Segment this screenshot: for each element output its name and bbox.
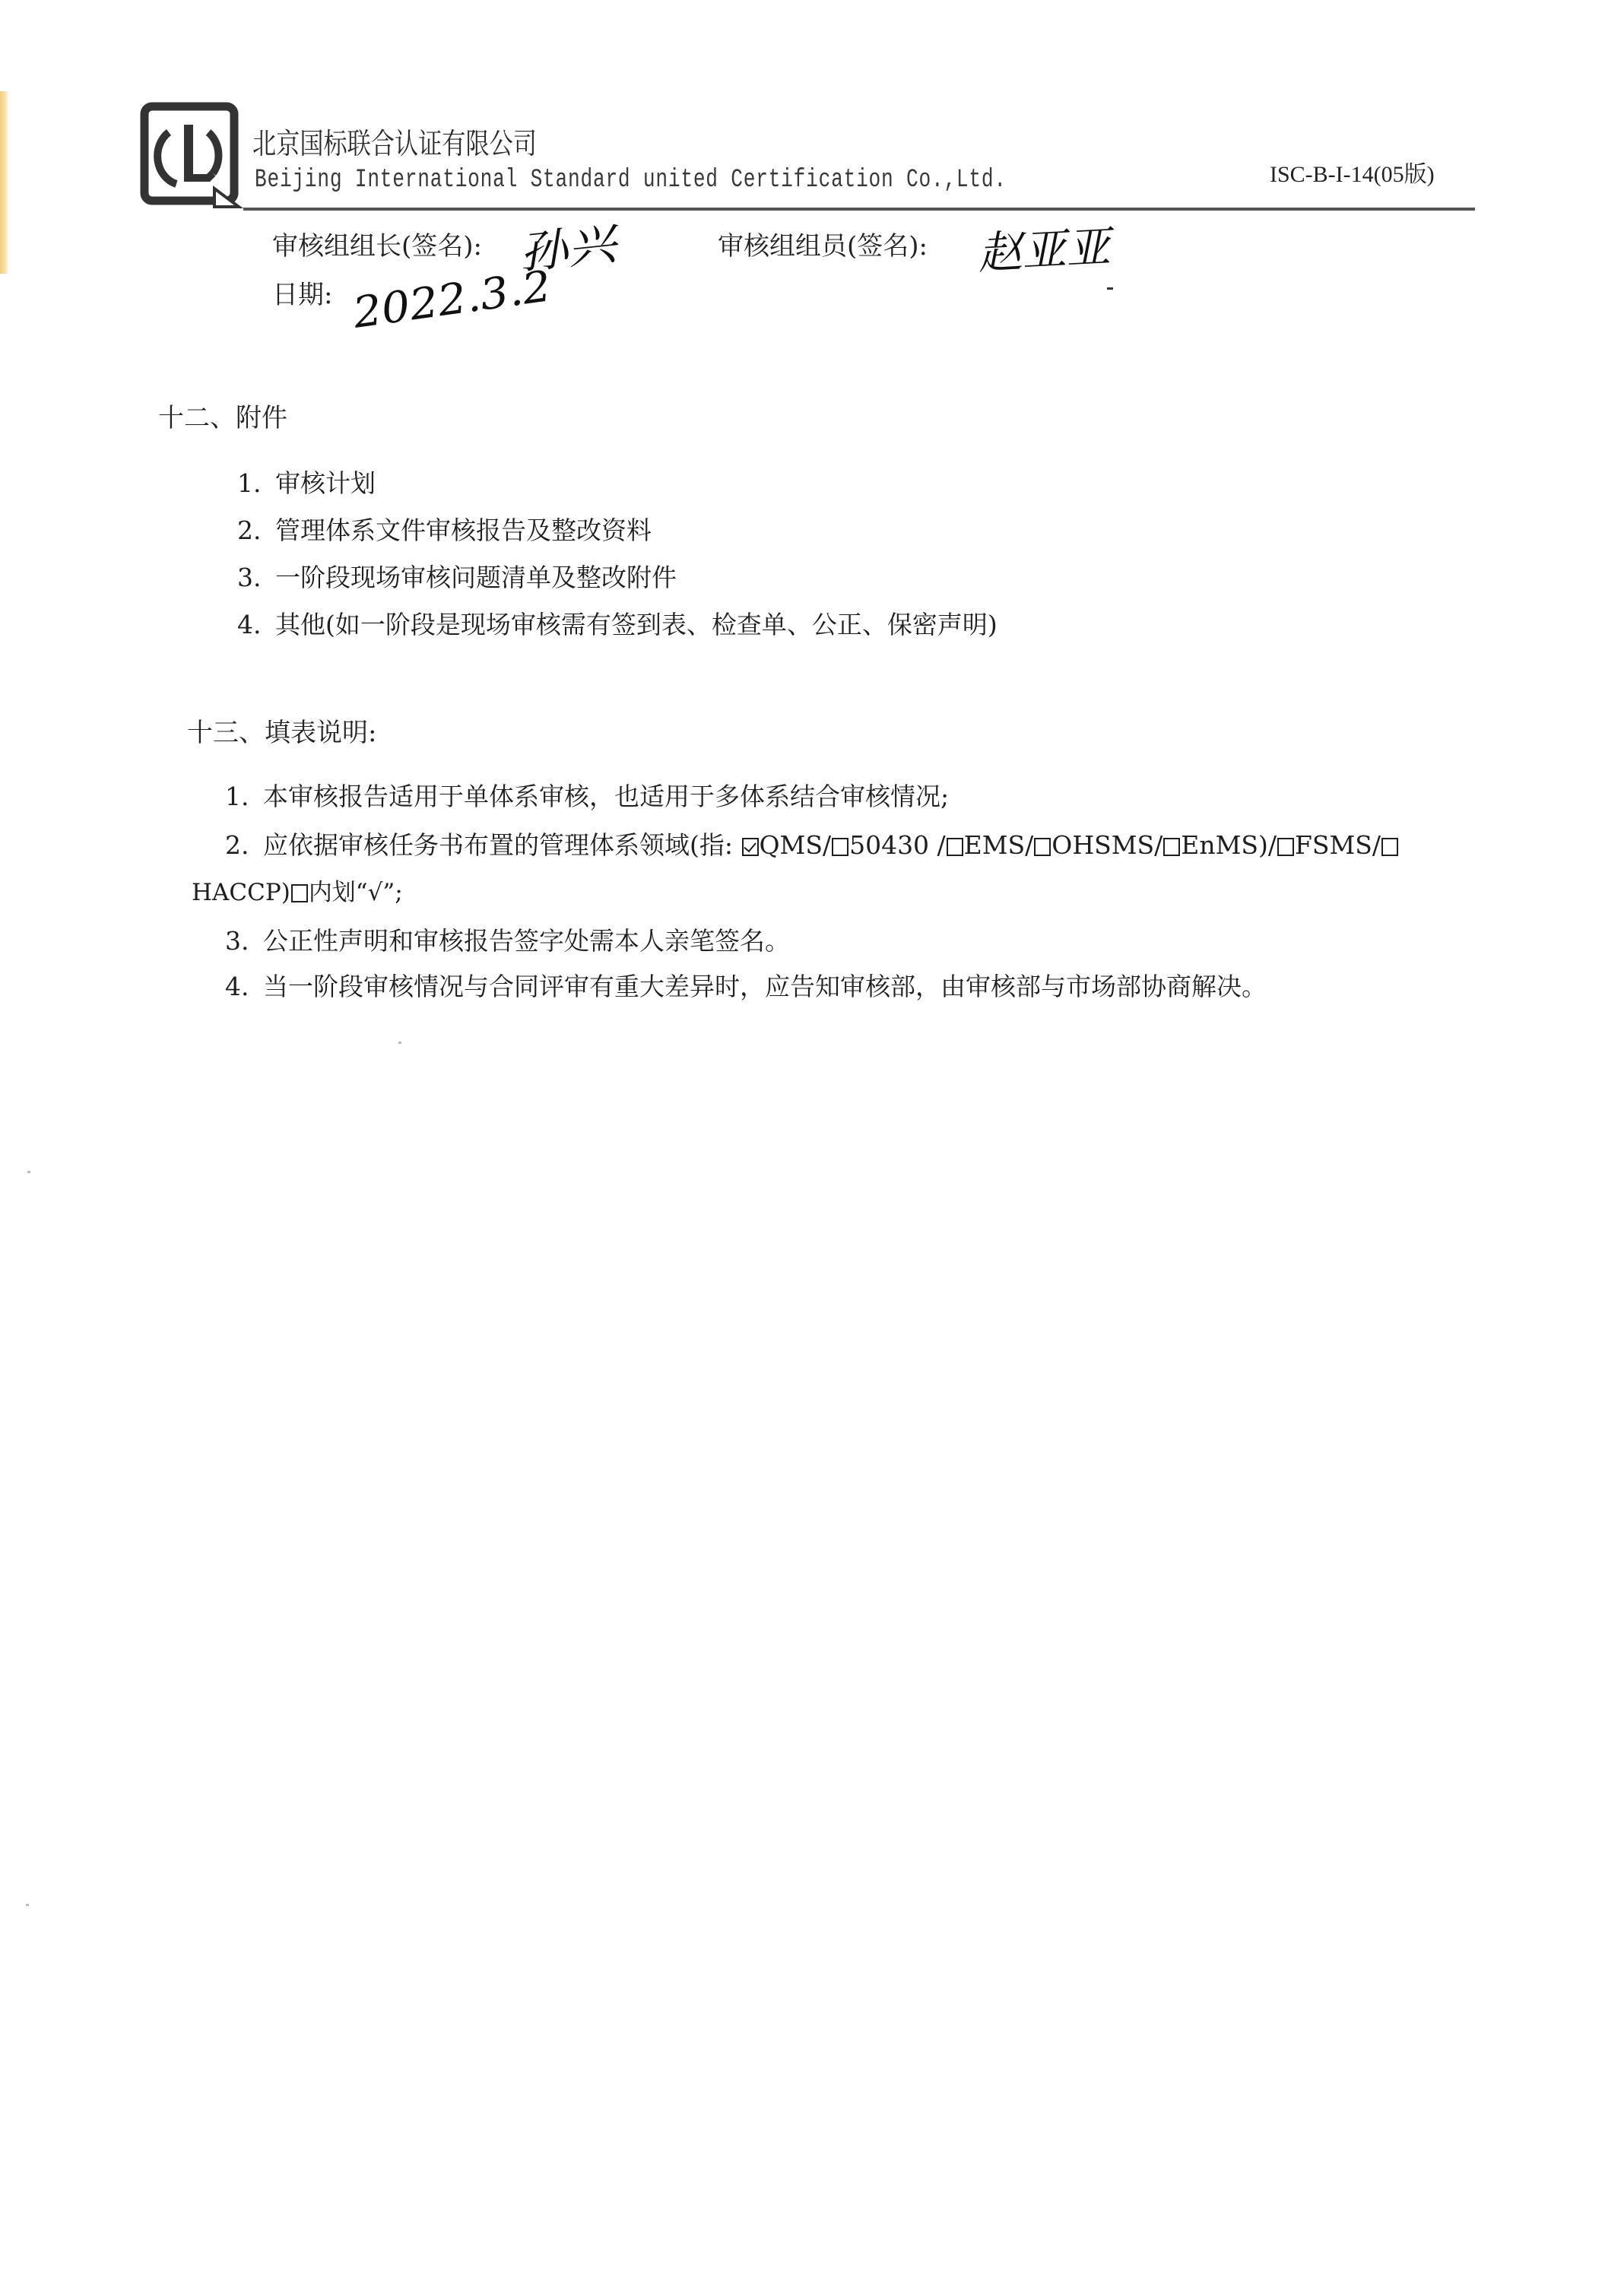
item-text: 本审核报告适用于单体系审核，也适用于多体系结合审核情况; xyxy=(263,782,949,811)
item-number: 3. xyxy=(225,926,263,956)
checkbox-ohsms[interactable] xyxy=(1034,838,1051,856)
item-number: 1. xyxy=(237,468,275,498)
document-code: ISC-B-I-14(05版) xyxy=(1270,155,1435,189)
checkbox-enms[interactable] xyxy=(1163,838,1180,856)
document-header: 北京国标联合认证有限公司 Beijing International Stand… xyxy=(137,97,1483,211)
item-number: 3. xyxy=(237,563,275,592)
item-number: 1. xyxy=(225,782,263,811)
company-name-cn: 北京国标联合认证有限公司 xyxy=(252,120,537,162)
checkbox-example xyxy=(291,884,308,902)
checkbox-ems[interactable] xyxy=(947,838,963,856)
option-label-fsms: FSMS/ xyxy=(1295,830,1381,860)
item-text: 公正性声明和审核报告签字处需本人亲笔签名。 xyxy=(263,926,790,956)
checkbox-qms[interactable] xyxy=(742,838,759,856)
ink-mark xyxy=(1107,287,1113,290)
checkbox-haccp[interactable] xyxy=(1381,838,1398,856)
item-number: 2. xyxy=(237,515,275,545)
item-text: 审核计划 xyxy=(275,468,376,498)
date-value: 2022.3.2 xyxy=(350,262,554,338)
option-label-qms: QMS/ xyxy=(760,830,832,860)
attachment-item: 4.其他(如一阶段是现场审核需有签到表、检查单、公正、保密声明) xyxy=(237,605,998,641)
header-divider xyxy=(243,208,1475,211)
instruction-item-continuation: HACCP)内划“√”; xyxy=(192,873,403,907)
instruction-item: 1.本审核报告适用于单体系审核，也适用于多体系结合审核情况; xyxy=(225,777,949,813)
attachment-item: 3.一阶段现场审核问题清单及整改附件 xyxy=(237,558,677,594)
item-text: 管理体系文件审核报告及整改资料 xyxy=(275,515,652,545)
option-label-50430: 50430 / xyxy=(849,830,946,860)
attachment-item: 2.管理体系文件审核报告及整改资料 xyxy=(237,511,652,547)
scan-speck xyxy=(26,1904,29,1906)
company-name-en: Beijing International Standard united Ce… xyxy=(255,166,1007,195)
instruction-item: 2.应依据审核任务书布置的管理体系领域(指: QMS/50430 /EMS/OH… xyxy=(225,826,1399,861)
item-text: 其他(如一阶段是现场审核需有签到表、检查单、公正、保密声明) xyxy=(275,610,998,639)
option-label-ohsms: OHSMS/ xyxy=(1051,830,1162,860)
item-text: 应依据审核任务书布置的管理体系领域(指: xyxy=(263,830,733,860)
item-text: 内划“√”; xyxy=(309,879,403,906)
scan-speck xyxy=(27,1171,30,1173)
scan-speck xyxy=(398,1042,401,1044)
section-12-title: 十二、附件 xyxy=(158,397,287,434)
item-number: 4. xyxy=(237,610,275,639)
instruction-item: 3.公正性声明和审核报告签字处需本人亲笔签名。 xyxy=(225,921,790,957)
item-text: 当一阶段审核情况与合同评审有重大差异时，应告知审核部，由审核部与市场部协商解决。 xyxy=(263,972,1267,1001)
option-label-enms: EnMS)/ xyxy=(1181,830,1277,860)
scan-edge-artifact xyxy=(0,91,9,274)
option-label-ems: EMS/ xyxy=(964,830,1034,860)
instruction-item: 4.当一阶段审核情况与合同评审有重大差异时，应告知审核部，由审核部与市场部协商解… xyxy=(225,967,1267,1003)
item-text: 一阶段现场审核问题清单及整改附件 xyxy=(275,563,677,592)
item-number: 4. xyxy=(225,972,263,1001)
attachment-item: 1.审核计划 xyxy=(237,464,376,500)
section-13-title: 十三、填表说明: xyxy=(187,712,376,749)
member-signature: 赵亚亚 xyxy=(976,211,1112,282)
checkbox-50430[interactable] xyxy=(832,838,848,856)
date-label: 日期: xyxy=(272,274,332,311)
item-number: 2. xyxy=(225,830,263,860)
checkbox-fsms[interactable] xyxy=(1277,838,1294,856)
leader-signature-label: 审核组组长(签名): xyxy=(272,225,482,262)
member-signature-label: 审核组组员(签名): xyxy=(718,225,928,262)
option-label-haccp: HACCP) xyxy=(192,879,290,906)
company-logo-icon xyxy=(140,102,243,208)
